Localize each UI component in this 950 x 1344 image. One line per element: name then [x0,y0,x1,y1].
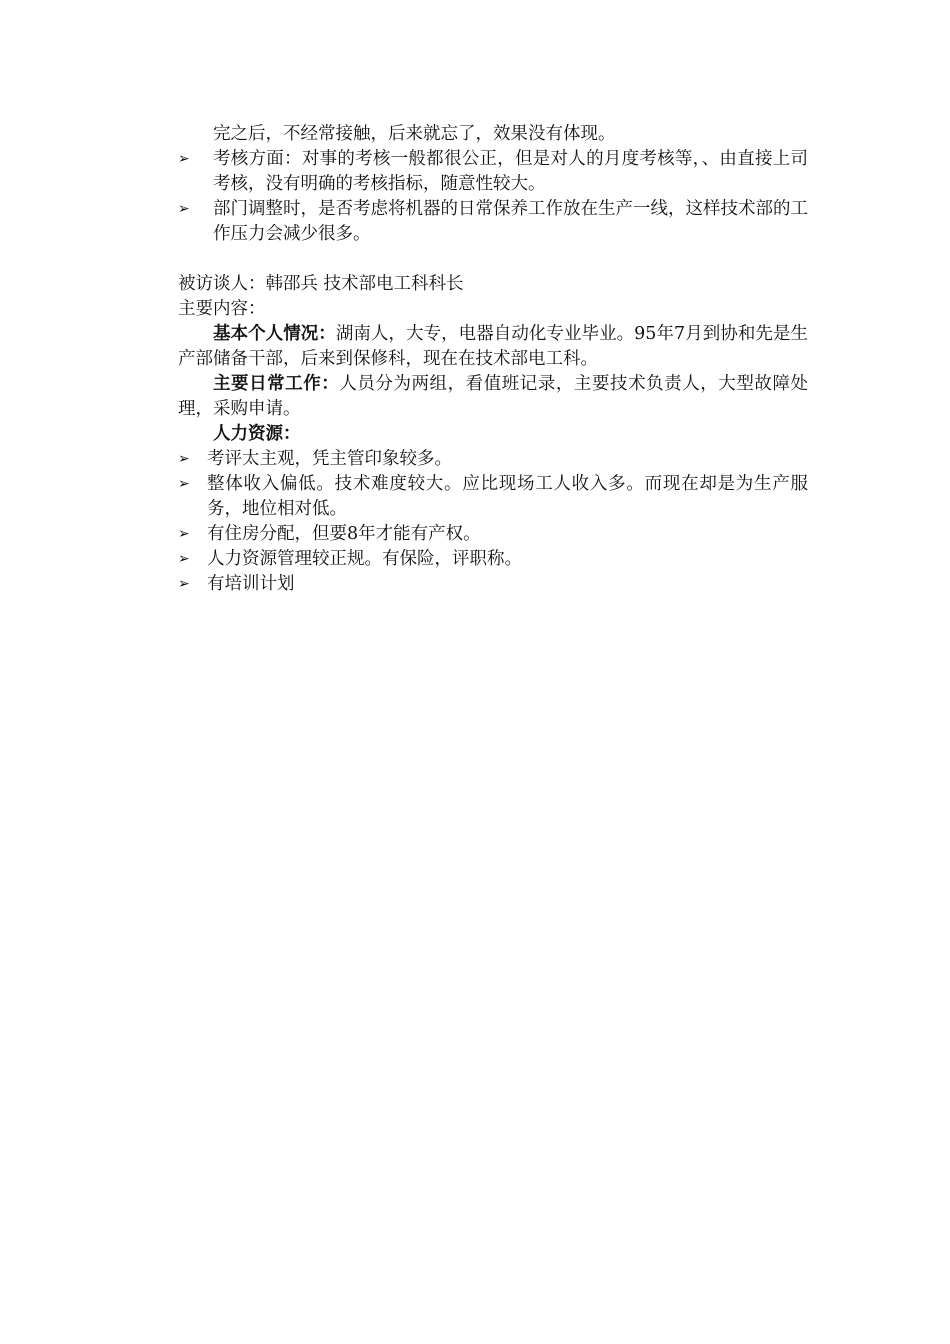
list-item: ➢ 整体收入偏低。技术难度较大。应比现场工人收入多。而现在却是为生产服务，地位相… [178,472,808,522]
arrowhead-bullet-icon: ➢ [178,472,198,497]
list-item: ➢ 人力资源管理较正规。有保险，评职称。 [178,547,808,572]
arrowhead-bullet-icon: ➢ [178,572,198,597]
list-item-text: 人力资源管理较正规。有保险，评职称。 [207,549,522,569]
list-item-text: 整体收入偏低。技术难度较大。应比现场工人收入多。而现在却是为生产服务，地位相对低… [207,474,808,519]
arrowhead-bullet-icon: ➢ [178,547,198,572]
interviewee-line: 被访谈人：韩邵兵 技术部电工科科长 [178,272,808,297]
hr-heading: 人力资源： [213,424,301,444]
main-content-label: 主要内容： [178,297,808,322]
list-item: ➢ 有住房分配，但要8年才能有产权。 [178,522,808,547]
daily-work-paragraph: 主要日常工作：人员分为两组，看值班记录，主要技术负责人，大型故障处理，采购申请。 [178,372,808,422]
list-item-text: 有培训计划 [207,574,295,594]
list-item: ➢ 考评太主观，凭主管印象较多。 [178,447,808,472]
document-page: 完之后，不经常接触，后来就忘了，效果没有体现。 ➢ 考核方面：对事的考核一般都很… [178,122,808,597]
list-item-text: 考评太主观，凭主管印象较多。 [207,449,452,469]
hr-heading-line: 人力资源： [178,422,808,447]
arrowhead-bullet-icon: ➢ [178,147,198,172]
arrowhead-bullet-icon: ➢ [178,447,198,472]
list-item-text: 部门调整时，是否考虑将机器的日常保养工作放在生产一线，这样技术部的工作压力会减少… [213,199,808,244]
spacer [178,247,808,272]
continuation-text: 完之后，不经常接触，后来就忘了，效果没有体现。 [178,122,808,147]
basic-info-heading: 基本个人情况： [213,324,336,344]
arrowhead-bullet-icon: ➢ [178,197,198,222]
list-item-text: 考核方面：对事的考核一般都很公正，但是对人的月度考核等，、由直接上司考核，没有明… [213,149,808,194]
daily-work-heading: 主要日常工作： [213,374,339,394]
list-item: ➢ 部门调整时，是否考虑将机器的日常保养工作放在生产一线，这样技术部的工作压力会… [178,197,808,247]
list-item: ➢ 考核方面：对事的考核一般都很公正，但是对人的月度考核等，、由直接上司考核，没… [178,147,808,197]
basic-info-paragraph: 基本个人情况：湖南人，大专，电器自动化专业毕业。95年7月到协和先是生产部储备干… [178,322,808,372]
arrowhead-bullet-icon: ➢ [178,522,198,547]
list-item-text: 有住房分配，但要8年才能有产权。 [207,524,481,544]
list-item: ➢ 有培训计划 [178,572,808,597]
